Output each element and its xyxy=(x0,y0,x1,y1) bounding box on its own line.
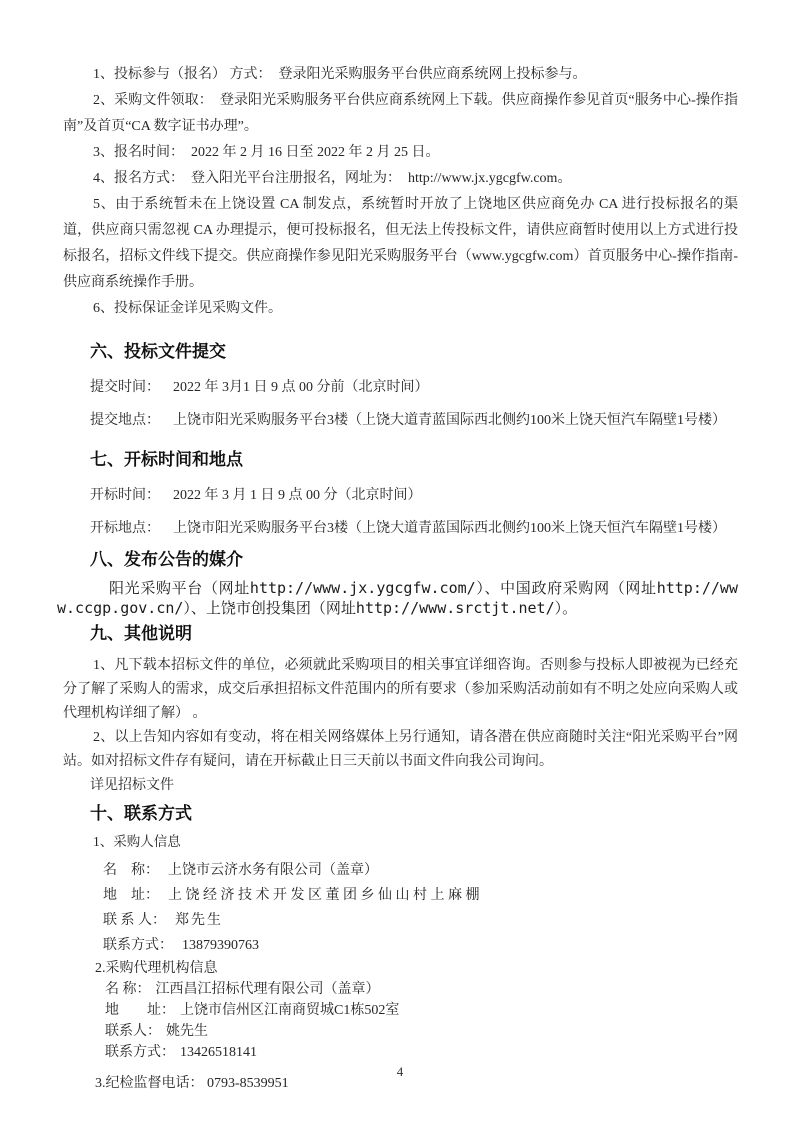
open-time-label: 开标时间： xyxy=(90,488,160,503)
submit-place-value: 上饶市阳光采购服务平台3楼（上饶大道青蓝国际西北侧约100米上饶天恒汽车隔壁1号… xyxy=(173,413,726,428)
purchaser-name-value: 上饶市云济水务有限公司（盖章） xyxy=(168,863,378,878)
agency-address-label: 地 址： xyxy=(105,1003,175,1018)
document-page: 1、投标参与（报名） 方式： 登录阳光采购服务平台供应商系统网上投标参与。 2、… xyxy=(0,0,800,1131)
purchaser-heading: 1、采购人信息 xyxy=(93,830,738,854)
section-7-title: 七、开标时间和地点 xyxy=(90,448,738,472)
page-number: 4 xyxy=(0,1064,800,1080)
purchaser-contact-value: 郑先生 xyxy=(175,913,223,928)
agency-heading: 2.采购代理机构信息 xyxy=(95,958,738,979)
notice-item-1: 1、投标参与（报名） 方式： 登录阳光采购服务平台供应商系统网上投标参与。 xyxy=(63,62,738,88)
open-place-label: 开标地点： xyxy=(90,521,160,536)
submit-place-label: 提交地点： xyxy=(90,413,160,428)
agency-name-label: 名 称： xyxy=(105,982,151,997)
purchaser-name-row: 名 称：上饶市云济水务有限公司（盖章） xyxy=(103,858,738,883)
purchaser-info-block: 名 称：上饶市云济水务有限公司（盖章） 地 址：上饶经济技术开发区董团乡仙山村上… xyxy=(63,858,738,958)
submit-time-label: 提交时间： xyxy=(90,380,160,395)
purchaser-phone-label: 联系方式： xyxy=(103,938,173,953)
purchaser-name-label: 名 称： xyxy=(103,863,159,878)
open-time-row: 开标时间：2022 年 3 月 1 日 9 点 00 分（北京时间） xyxy=(90,482,738,509)
agency-name-row: 名 称：江西昌江招标代理有限公司（盖章） xyxy=(105,979,738,1000)
other-note-2: 2、以上告知内容如有变动，将在相关网络媒体上另行通知，请各潜在供应商随时关注“阳… xyxy=(63,726,738,774)
agency-contact-row: 联系人：姚先生 xyxy=(105,1021,738,1042)
open-place-value: 上饶市阳光采购服务平台3楼（上饶大道青蓝国际西北侧约100米上饶天恒汽车隔壁1号… xyxy=(173,521,726,536)
submit-time-value: 2022 年 3月1 日 9 点 00 分前（北京时间） xyxy=(173,380,429,395)
agency-phone-value: 13426518141 xyxy=(180,1045,257,1060)
section-9-title: 九、其他说明 xyxy=(90,622,738,646)
agency-address-value: 上饶市信州区江南商贸城C1栋502室 xyxy=(180,1003,399,1018)
notice-item-3: 3、报名时间： 2022 年 2 月 16 日至 2022 年 2 月 25 日… xyxy=(63,140,738,166)
announcement-media-paragraph: 阳光采购平台（网址http://www.jx.ygcgfw.com/）、中国政府… xyxy=(57,578,738,618)
purchaser-address-value: 上饶经济技术开发区董团乡仙山村上麻棚 xyxy=(168,888,483,903)
submit-time-row: 提交时间：2022 年 3月1 日 9 点 00 分前（北京时间） xyxy=(90,374,738,401)
agency-info-block: 名 称：江西昌江招标代理有限公司（盖章） 地 址：上饶市信州区江南商贸城C1栋5… xyxy=(63,979,738,1063)
notice-item-5: 5、由于系统暂未在上饶设置 CA 制发点，系统暂时开放了上饶地区供应商免办 CA… xyxy=(63,192,738,296)
submit-place-row: 提交地点：上饶市阳光采购服务平台3楼（上饶大道青蓝国际西北侧约100米上饶天恒汽… xyxy=(90,407,738,434)
purchaser-contact-label: 联 系 人： xyxy=(103,913,166,928)
agency-contact-value: 姚先生 xyxy=(166,1024,208,1039)
agency-address-row: 地 址：上饶市信州区江南商贸城C1栋502室 xyxy=(105,1000,738,1021)
see-bidding-docs: 详见招标文件 xyxy=(90,774,738,798)
notice-item-2: 2、采购文件领取： 登录阳光采购服务平台供应商系统网上下载。供应商操作参见首页“… xyxy=(63,88,738,140)
agency-name-value: 江西昌江招标代理有限公司（盖章） xyxy=(156,982,380,997)
other-note-1: 1、凡下载本招标文件的单位，必须就此采购项目的相关事宜详细咨询。否则参与投标人即… xyxy=(63,654,738,726)
agency-phone-label: 联系方式： xyxy=(105,1045,175,1060)
notice-item-6: 6、投标保证金详见采购文件。 xyxy=(63,296,738,322)
purchaser-phone-row: 联系方式：13879390763 xyxy=(103,933,738,958)
purchaser-address-row: 地 址：上饶经济技术开发区董团乡仙山村上麻棚 xyxy=(103,883,738,908)
agency-contact-label: 联系人： xyxy=(105,1024,161,1039)
purchaser-address-label: 地 址： xyxy=(103,888,159,903)
open-place-row: 开标地点：上饶市阳光采购服务平台3楼（上饶大道青蓝国际西北侧约100米上饶天恒汽… xyxy=(90,515,738,542)
agency-phone-row: 联系方式：13426518141 xyxy=(105,1042,738,1063)
purchaser-phone-value: 13879390763 xyxy=(182,938,259,953)
section-8-title: 八、发布公告的媒介 xyxy=(90,548,738,572)
document-content: 1、投标参与（报名） 方式： 登录阳光采购服务平台供应商系统网上投标参与。 2、… xyxy=(0,0,800,1094)
section-10-title: 十、联系方式 xyxy=(90,802,738,826)
purchaser-contact-row: 联 系 人：郑先生 xyxy=(103,908,738,933)
notice-item-4: 4、报名方式： 登入阳光平台注册报名，网址为： http://www.jx.yg… xyxy=(63,166,738,192)
section-6-title: 六、投标文件提交 xyxy=(90,340,738,364)
open-time-value: 2022 年 3 月 1 日 9 点 00 分（北京时间） xyxy=(173,488,422,503)
